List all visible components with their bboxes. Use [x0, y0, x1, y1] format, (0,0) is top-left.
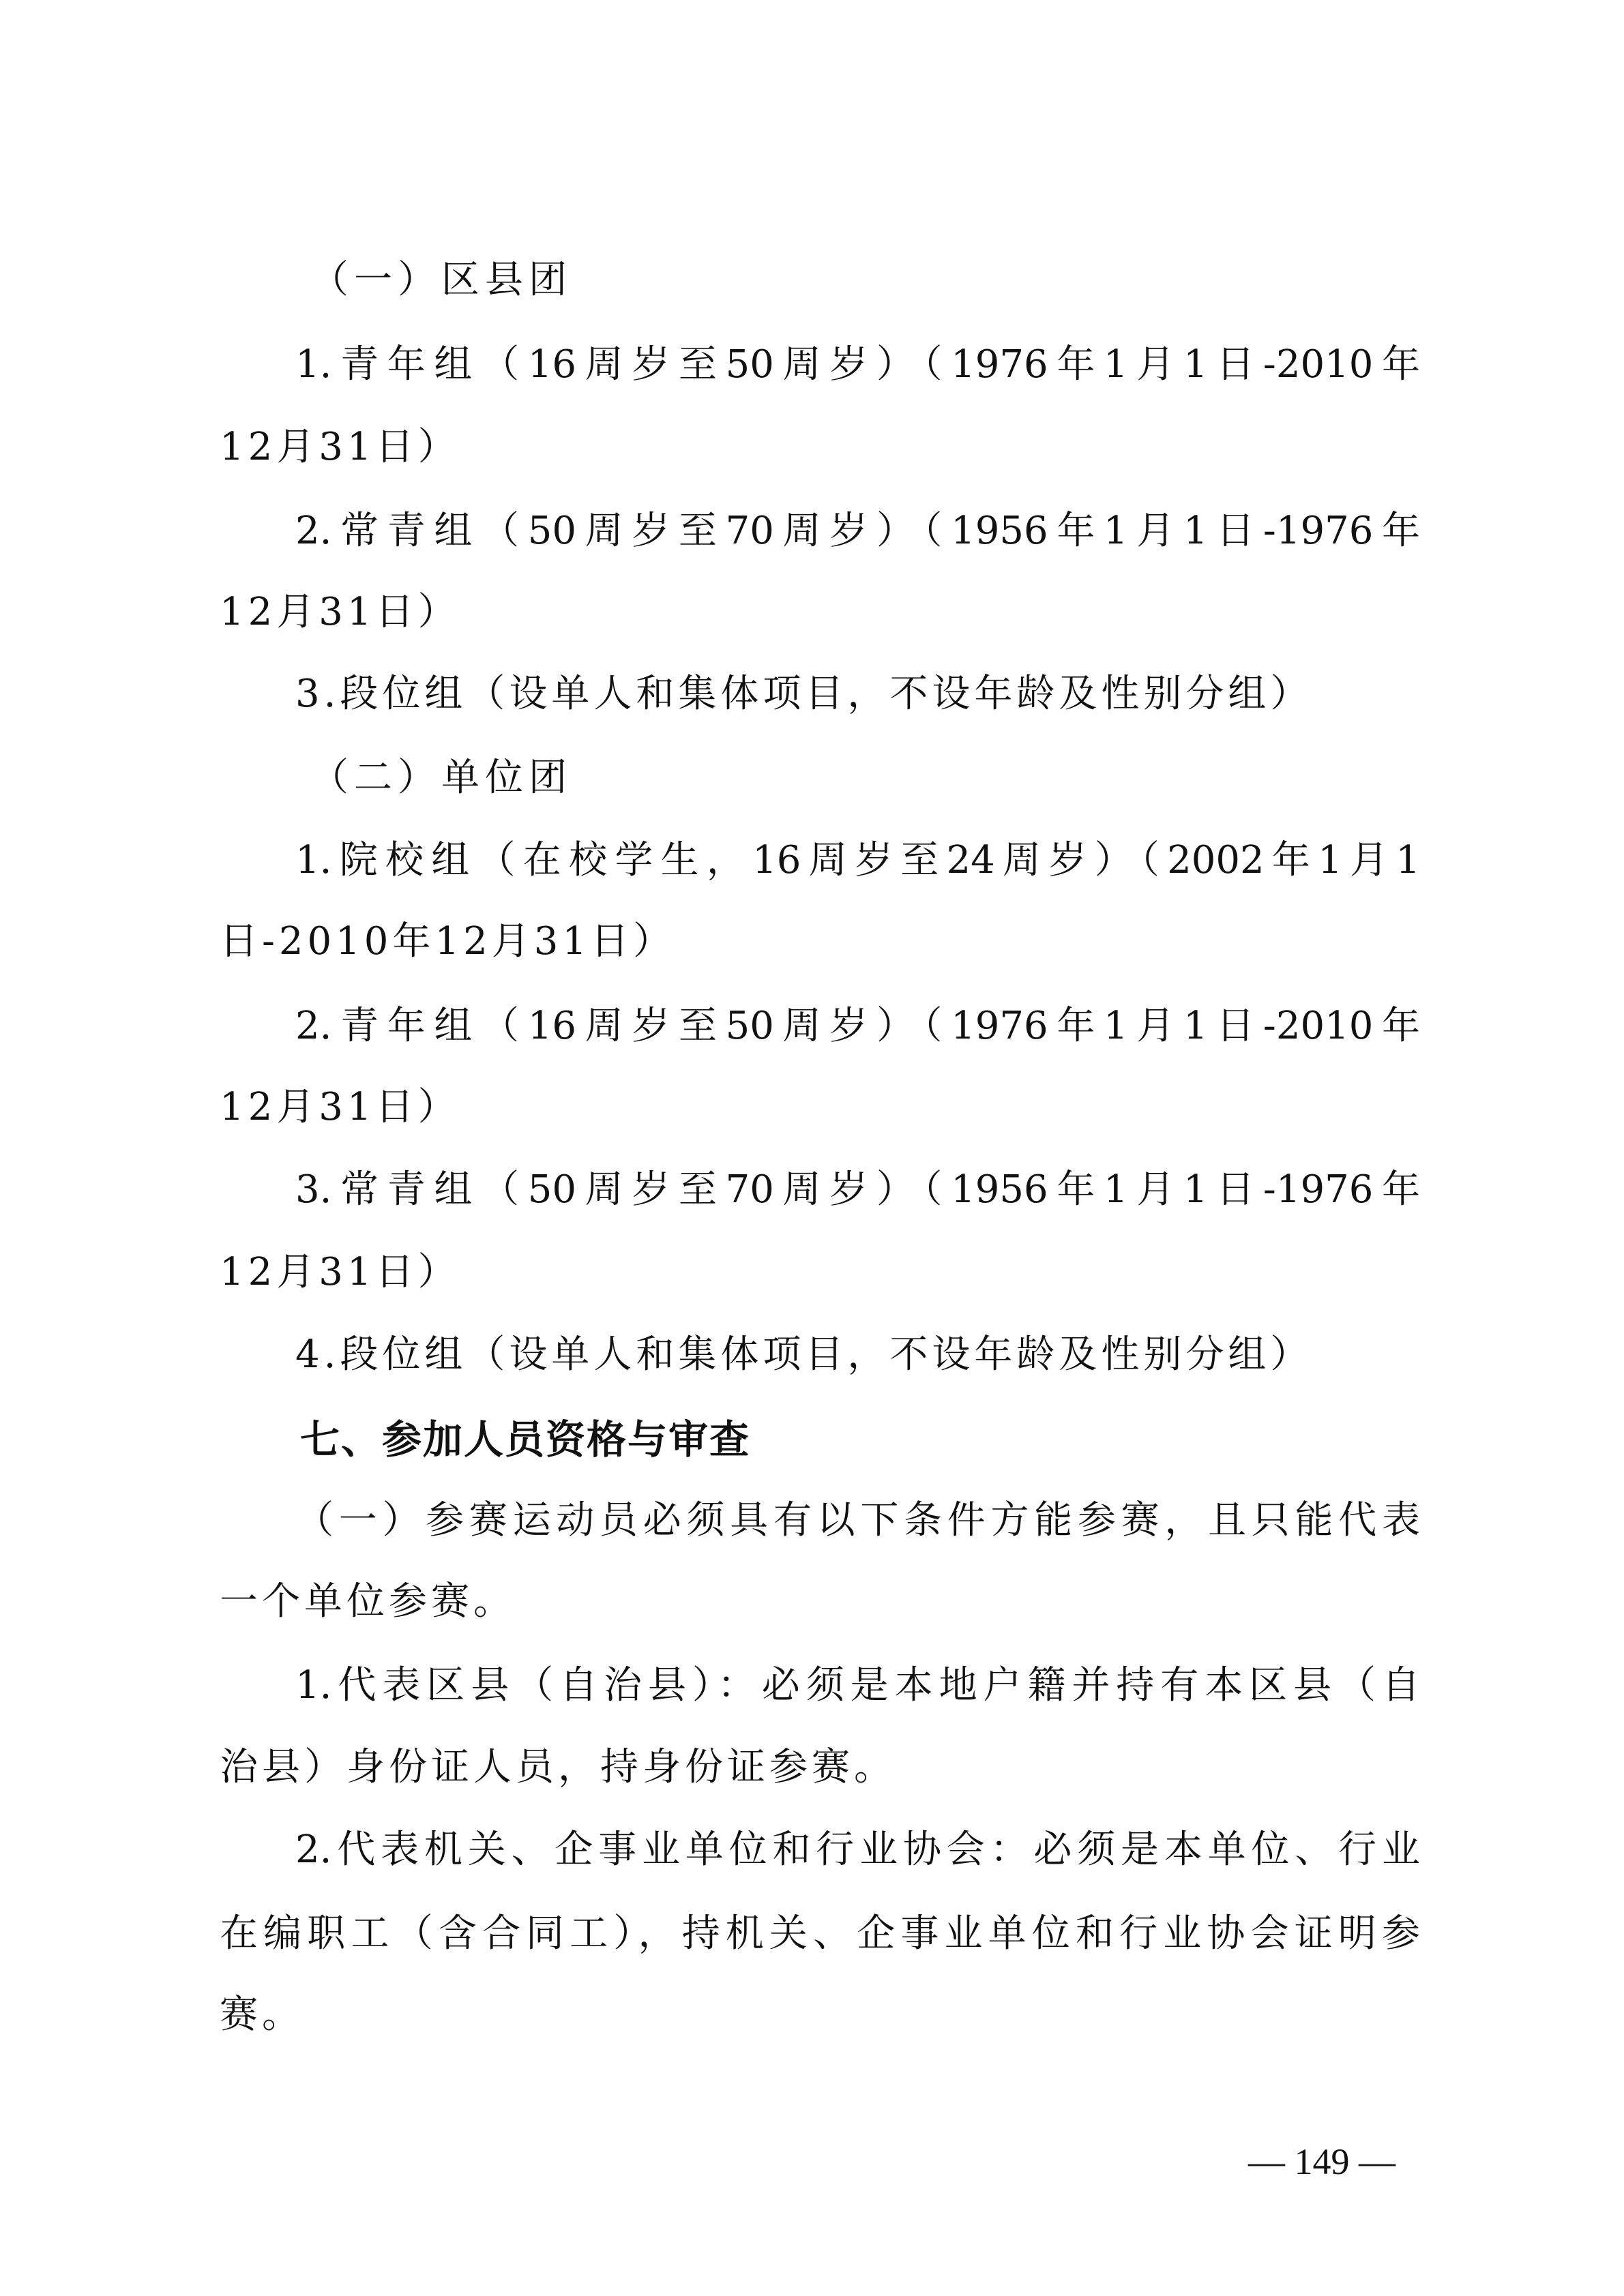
paragraph-line: 12月31日）: [220, 1232, 460, 1313]
paragraph-line: 12月31日）: [220, 406, 460, 488]
paragraph-line: 2.青年组（16周岁至50周岁）（1976年1月1日-2010年: [295, 985, 1420, 1067]
paragraph-line: （一）参赛运动员必须具有以下条件方能参赛，且只能代表: [295, 1480, 1420, 1562]
paragraph-line: 日-2010年12月31日）: [220, 901, 675, 983]
section-heading: 七、参加人员资格与审查: [300, 1399, 750, 1480]
paragraph-line: 12月31日）: [220, 571, 460, 653]
paragraph-line: 一个单位参赛。: [220, 1561, 516, 1643]
subheading-unit-group: （二）单位团: [310, 737, 572, 819]
paragraph-line: 12月31日）: [220, 1067, 460, 1148]
paragraph-line: 4.段位组（设单人和集体项目，不设年龄及性别分组）: [295, 1314, 1312, 1396]
paragraph-line: 3.常青组（50周岁至70周岁）（1956年1月1日-1976年: [295, 1149, 1420, 1231]
paragraph-line: 1.青年组（16周岁至50周岁）（1976年1月1日-2010年: [295, 324, 1420, 406]
paragraph-line: 赛。: [220, 1974, 304, 2056]
document-page: （一）区县团 1.青年组（16周岁至50周岁）（1976年1月1日-2010年 …: [0, 0, 1624, 2296]
paragraph-line: 2.常青组（50周岁至70周岁）（1956年1月1日-1976年: [295, 490, 1420, 572]
paragraph-line: 3.段位组（设单人和集体项目，不设年龄及性别分组）: [295, 653, 1312, 735]
paragraph-line: 2.代表机关、企事业单位和行业协会：必须是本单位、行业: [295, 1809, 1420, 1891]
page-number: — 149 —: [1248, 2134, 1396, 2189]
paragraph-line: 在编职工（含合同工），持机关、企事业单位和行业协会证明参: [220, 1893, 1420, 1975]
paragraph-line: 1.院校组（在校学生，16周岁至24周岁）（2002年1月1: [295, 820, 1420, 901]
subheading-district-group: （一）区县团: [310, 239, 572, 321]
paragraph-line: 治县）身份证人员，持身份证参赛。: [220, 1727, 896, 1808]
paragraph-line: 1.代表区县（自治县）：必须是本地户籍并持有本区县（自: [295, 1645, 1420, 1727]
